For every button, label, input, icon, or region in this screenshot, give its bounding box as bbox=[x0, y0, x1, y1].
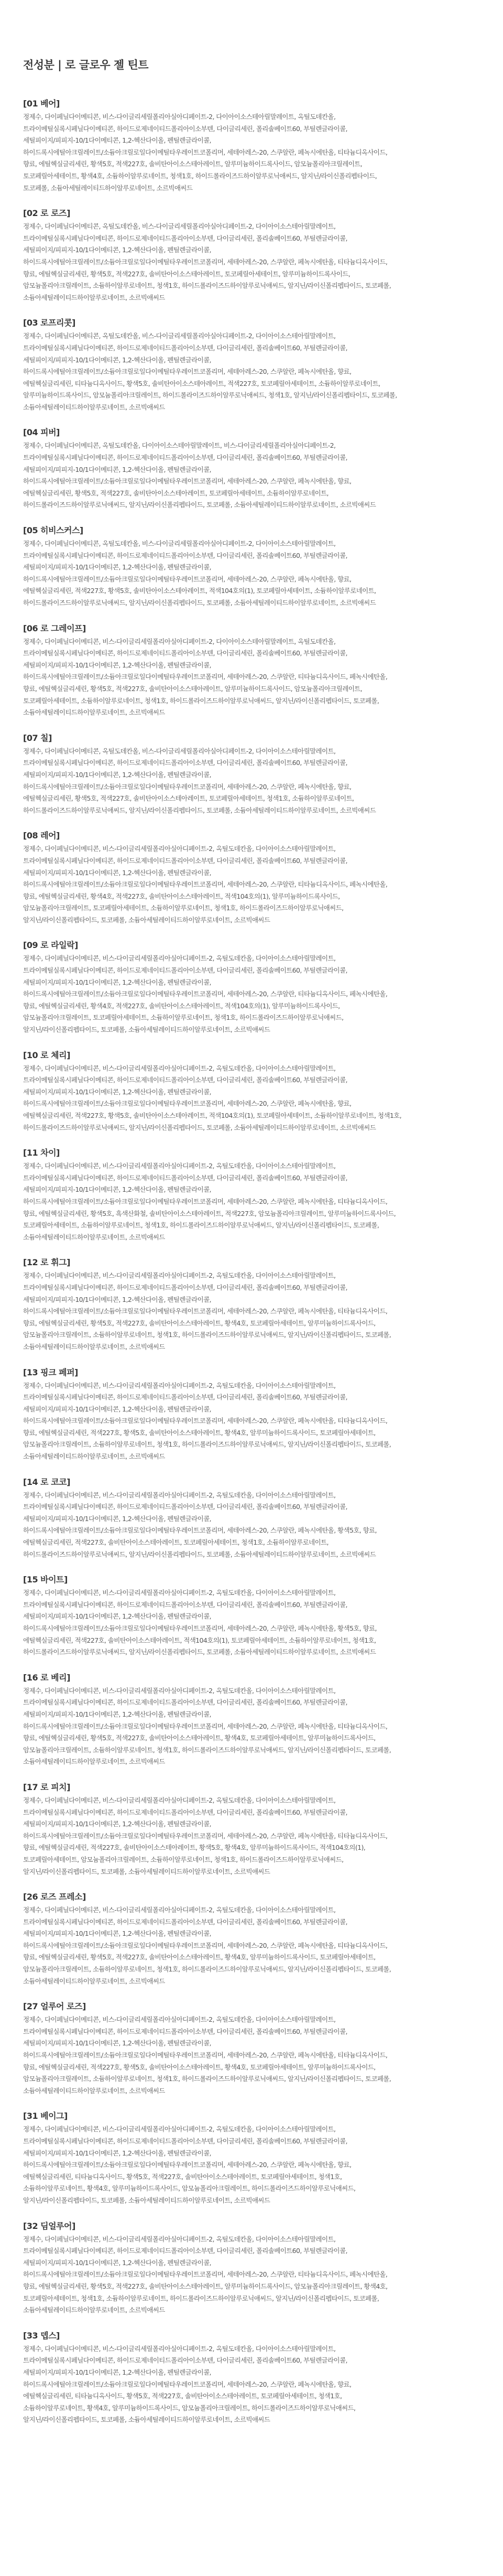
ingredient-line: 정제수, 다이페닐다이메티콘, 비스-다이글리세릴폴리아실아디페이트-2, 옥틸… bbox=[23, 1795, 480, 1807]
ingredient-line: 정제수, 다이페닐다이메티콘, 비스-다이글리세릴폴리아실아디페이트-2, 옥틸… bbox=[23, 1904, 480, 1916]
ingredient-line: 트라이메틸실록시페닐다이메티콘, 하이드로제네이티드폴리아이소부텐, 다이글리세… bbox=[23, 1282, 480, 1294]
ingredient-line: 정제수, 다이페닐다이메티콘, 비스-다이글리세릴폴리아실아디페이트-2, 옥틸… bbox=[23, 1490, 480, 1502]
ingredient-line: 세틸피이지/피피지-10/1다이메티콘, 1,2-헥산다이올, 펜틸렌글라이콜, bbox=[23, 464, 480, 476]
shade-heading: [27 얼루어 로즈] bbox=[23, 1999, 480, 2014]
ingredient-line: 소듐아세틸레이티드하이알루로네이트, 소르빅애씨드 bbox=[23, 402, 480, 414]
shade-section-16: [16 로 베리] 정제수, 다이페닐다이메티콘, 비스-다이글리세릴폴리아실아… bbox=[23, 1670, 480, 1768]
ingredient-line: 하이드롤라이즈드하이알루로닉애씨드, 알지닌/라이신폴리펩타이드, 토코페롤, … bbox=[23, 1646, 480, 1658]
ingredient-line: 향료, 에틸헥실글리세린, 황색4호, 적색227호, 솔비탄아이소스테아레이트… bbox=[23, 891, 480, 903]
shade-heading: [11 차이] bbox=[23, 1146, 480, 1160]
ingredient-list: 정제수, 다이페닐다이메티콘, 옥틸도데칸올, 비스-다이글리세릴폴리아실아디페… bbox=[23, 746, 480, 817]
ingredient-line: 에틸헥실글리세린, 티타늄디옥사이드, 황색5호, 솔비탄아이소스테아레이트, … bbox=[23, 378, 480, 390]
ingredient-line: 하이드록시에틸아크릴레이트/소듐아크릴로일다이메틸타우레이트코폴리머, 세테아레… bbox=[23, 2159, 480, 2171]
ingredient-line: 세틸피이지/피피지-10/1다이메티콘, 1,2-헥산다이올, 펜틸렌글라이콜, bbox=[23, 867, 480, 879]
ingredient-line: 암모늄폴리아크릴레이트, 소듐하이알루로네이트, 청색1호, 하이드롤라이즈드하… bbox=[23, 1439, 480, 1451]
ingredient-line: 암모늄폴리아크릴레이트, 소듐하이알루로네이트, 청색1호, 하이드롤라이즈드하… bbox=[23, 1744, 480, 1756]
ingredient-list: 정제수, 다이페닐다이메티콘, 비스-다이글리세릴폴리아실아디페이트-2, 옥틸… bbox=[23, 1904, 480, 1987]
ingredient-line: 하이드록시에틸아크릴레이트/소듐아크릴로일다이메틸타우레이트코폴리머, 세테아레… bbox=[23, 671, 480, 683]
shade-section-20: [31 베이그] 정제수, 다이페닐다이메티콘, 비스-다이글리세릴폴리아실아디… bbox=[23, 2109, 480, 2206]
ingredient-line: 트라이메틸실록시페닐다이메티콘, 하이드로제네이티드폴리아이소부텐, 다이글리세… bbox=[23, 1916, 480, 1928]
ingredient-line: 향료, 에틸헥실글리세린, 황색5호, 적색227호, 솔비탄아이소스테아레이트… bbox=[23, 2281, 480, 2293]
ingredient-list: 정제수, 다이페닐다이메티콘, 비스-다이글리세릴폴리아실아디페이트-2, 옥틸… bbox=[23, 1063, 480, 1134]
shade-heading: [09 로 라일락] bbox=[23, 938, 480, 953]
ingredient-line: 하이드록시에틸아크릴레이트/소듐아크릴로일다이메틸타우레이트코폴리머, 세테아레… bbox=[23, 1196, 480, 1208]
ingredient-list: 정제수, 다이페닐다이메티콘, 비스-다이글리세릴폴리아실아디페이트-2, 다이… bbox=[23, 111, 480, 194]
shade-section-17: [17 로 피치] 정제수, 다이페닐다이메티콘, 비스-다이글리세릴폴리아실아… bbox=[23, 1780, 480, 1878]
ingredient-line: 세틸피이지/피피지-10/1다이메티콘, 1,2-헥산다이올, 펜틸렌글라이콜, bbox=[23, 2038, 480, 2050]
ingredient-list: 정제수, 다이페닐다이메티콘, 옥틸도데칸올, 비스-다이글리세릴폴리아실아디페… bbox=[23, 221, 480, 304]
ingredient-line: 하이드록시에틸아크릴레이트/소듐아크릴로일다이메틸타우레이트코폴리머, 세테아레… bbox=[23, 988, 480, 1000]
ingredient-line: 하이드록시에틸아크릴레이트/소듐아크릴로일다이메틸타우레이트코폴리머, 세테아레… bbox=[23, 2379, 480, 2391]
shade-section-08: [08 레어] 정제수, 다이페닐다이메티콘, 비스-다이글리세릴폴리아실아디페… bbox=[23, 828, 480, 926]
ingredient-line: 세틸피이지/피피지-10/1다이메티콘, 1,2-헥산다이올, 펜틸렌글라이콜, bbox=[23, 1928, 480, 1940]
shade-heading: [10 로 체리] bbox=[23, 1048, 480, 1063]
ingredient-line: 정제수, 다이페닐다이메티콘, 비스-다이글리세릴폴리아실아디페이트-2, 다이… bbox=[23, 636, 480, 648]
shade-sections-list: [01 베어] 정제수, 다이페닐다이메티콘, 비스-다이글리세릴폴리아실아디페… bbox=[23, 96, 480, 2426]
shade-section-12: [12 로 휘그] 정제수, 다이페닐다이메티콘, 비스-다이글리세릴폴리아실아… bbox=[23, 1255, 480, 1353]
ingredient-line: 트라이메틸실록시페닐다이메티콘, 하이드로제네이티드폴리아이소부텐, 다이글리세… bbox=[23, 1697, 480, 1709]
ingredient-line: 정제수, 다이페닐다이메티콘, 비스-다이글리세릴폴리아실아디페이트-2, 옥틸… bbox=[23, 1270, 480, 1282]
ingredient-line: 암모늄폴리아크릴레이트, 소듐하이알루로네이트, 청색1호, 하이드롤라이즈드하… bbox=[23, 280, 480, 292]
ingredient-line: 소듐하이알루로네이트, 황색4호, 알루미늄하이드록사이드, 암모늄폴리아크릴레… bbox=[23, 2402, 480, 2415]
ingredient-line: 알지닌/라이신폴리펩타이드, 토코페롤, 소듐아세틸레이티드하이알루로네이트, … bbox=[23, 2414, 480, 2426]
ingredient-list: 정제수, 다이페닐다이메티콘, 옥틸도데칸올, 비스-다이글리세릴폴리아실아디페… bbox=[23, 538, 480, 609]
ingredient-list: 정제수, 다이페닐다이메티콘, 비스-다이글리세릴폴리아실아디페이트-2, 옥틸… bbox=[23, 1685, 480, 1768]
ingredient-line: 트라이메틸실록시페닐다이메티콘, 하이드로제네이티드폴리아이소부텐, 다이글리세… bbox=[23, 1074, 480, 1086]
ingredient-line: 트라이메틸실록시페닐다이메티콘, 하이드로제네이티드폴리아이소부텐, 다이글리세… bbox=[23, 757, 480, 769]
ingredient-line: 향료, 에틸헥실글리세린, 황색5호, 흑색산화철, 솔비탄아이소스테아레이트,… bbox=[23, 1208, 480, 1220]
ingredient-list: 정제수, 다이페닐다이메티콘, 비스-다이글리세릴폴리아실아디페이트-2, 옥틸… bbox=[23, 1795, 480, 1878]
ingredient-list: 정제수, 다이페닐다이메티콘, 비스-다이글리세릴폴리아실아디페이트-2, 옥틸… bbox=[23, 2124, 480, 2206]
ingredient-line: 세틸피이지/피피지-10/1다이메티콘, 1,2-헥산다이올, 펜틸렌글라이콜, bbox=[23, 1184, 480, 1196]
ingredient-list: 정제수, 다이페닐다이메티콘, 옥틸도데칸올, 다이아이소스테아릴말레이트, 비… bbox=[23, 440, 480, 511]
ingredient-line: 향료, 에틸헥실글리세린, 적색227호, 황색5호, 솔비탄아이소스테아레이트… bbox=[23, 1427, 480, 1439]
shade-heading: [15 바이트] bbox=[23, 1572, 480, 1587]
ingredient-list: 정제수, 다이페닐다이메티콘, 비스-다이글리세릴폴리아실아디페이트-2, 옥틸… bbox=[23, 2343, 480, 2426]
ingredient-line: 하이드록시에틸아크릴레이트/소듐아크릴로일다이메틸타우레이트코폴리머, 세테아레… bbox=[23, 1830, 480, 1842]
ingredient-line: 세틸피이지/피피지-10/1다이메티콘, 1,2-헥산다이올, 펜틸렌글라이콜, bbox=[23, 2148, 480, 2160]
ingredient-line: 토코페릴아세테이트, 황색4호, 소듐하이알루로네이트, 청색1호, 하이드롤라… bbox=[23, 170, 480, 182]
ingredient-line: 하이드록시에틸아크릴레이트/소듐아크릴로일다이메틸타우레이트코폴리머, 세테아레… bbox=[23, 1306, 480, 1318]
ingredient-line: 에틸헥실글리세린, 황색5호, 적색227호, 솔비탄아이소스테아레이트, 토코… bbox=[23, 793, 480, 805]
ingredient-line: 하이드록시에틸아크릴레이트/소듐아크릴로일다이메틸타우레이트코폴리머, 세테아레… bbox=[23, 1623, 480, 1635]
ingredient-line: 정제수, 다이페닐다이메티콘, 비스-다이글리세릴폴리아실아디페이트-2, 옥틸… bbox=[23, 2234, 480, 2246]
shade-section-18: [26 로즈 프레소] 정제수, 다이페닐다이메티콘, 비스-다이글리세릴폴리아… bbox=[23, 1890, 480, 1987]
ingredient-line: 향료, 에틸헥실글리세린, 황색5호, 적색227호, 솔비탄아이소스테아레이트… bbox=[23, 1952, 480, 1964]
shade-section-01: [01 베어] 정제수, 다이페닐다이메티콘, 비스-다이글리세릴폴리아실아디페… bbox=[23, 96, 480, 194]
ingredient-line: 하이드록시에틸아크릴레이트/소듐아크릴로일다이메틸타우레이트코폴리머, 세테아레… bbox=[23, 256, 480, 268]
shade-section-19: [27 얼루어 로즈] 정제수, 다이페닐다이메티콘, 비스-다이글리세릴폴리아… bbox=[23, 1999, 480, 2097]
ingredient-line: 토코페릴아세테이트, 암모늄폴리아크릴레이트, 소듐하이알루로네이트, 청색1호… bbox=[23, 1854, 480, 1866]
ingredient-line: 향료, 에틸헥실글리세린, 황색5호, 적색227호, 솔비탄아이소스테아레이트… bbox=[23, 683, 480, 695]
ingredient-line: 트라이메틸실록시페닐다이메티콘, 하이드로제네이티드폴리아이소부텐, 다이글리세… bbox=[23, 1172, 480, 1184]
ingredient-line: 에틸헥실글리세린, 적색227호, 솔비탄아이소스테아레이트, 적색104호의(… bbox=[23, 1635, 480, 1647]
ingredient-line: 세틸피이지/피피지-10/1다이메티콘, 1,2-헥산다이올, 펜틸렌글라이콜, bbox=[23, 1086, 480, 1098]
ingredient-line: 암모늄폴리아크릴레이트, 토코페릴아세테이트, 소듐하이알루로네이트, 청색1호… bbox=[23, 1012, 480, 1024]
ingredient-line: 에틸헥실글리세린, 황색5호, 적색227호, 솔비탄아이소스테아레이트, 토코… bbox=[23, 488, 480, 500]
ingredient-line: 정제수, 다이페닐다이메티콘, 비스-다이글리세릴폴리아실아디페이트-2, 옥틸… bbox=[23, 1587, 480, 1599]
ingredient-line: 트라이메틸실록시페닐다이메티콘, 하이드로제네이티드폴리아이소부텐, 다이글리세… bbox=[23, 452, 480, 464]
shade-heading: [01 베어] bbox=[23, 96, 480, 111]
ingredient-line: 트라이메틸실록시페닐다이메티콘, 하이드로제네이티드폴리아이소부텐, 다이글리세… bbox=[23, 2026, 480, 2038]
ingredient-line: 세틸피이지/피피지-10/1다이메티콘, 1,2-헥산다이올, 펜틸렌글라이콜, bbox=[23, 135, 480, 147]
ingredient-line: 하이드록시에틸아크릴레이트/소듐아크릴로일다이메틸타우레이트코폴리머, 세테아레… bbox=[23, 1721, 480, 1733]
ingredient-line: 트라이메틸실록시페닐다이메티콘, 하이드로제네이티드폴리아이소부텐, 다이글리세… bbox=[23, 123, 480, 135]
ingredient-line: 트라이메틸실록시페닐다이메티콘, 하이드로제네이티드폴리아이소부텐, 다이글리세… bbox=[23, 1599, 480, 1611]
ingredient-line: 세틸피이지/피피지-10/1다이메티콘, 1,2-헥산다이올, 펜틸렌글라이콜, bbox=[23, 977, 480, 989]
ingredient-line: 하이드록시에틸아크릴레이트/소듐아크릴로일다이메틸타우레이트코폴리머, 세테아레… bbox=[23, 147, 480, 159]
ingredient-line: 정제수, 다이페닐다이메티콘, 비스-다이글리세릴폴리아실아디페이트-2, 옥틸… bbox=[23, 1063, 480, 1075]
ingredient-line: 정제수, 다이페닐다이메티콘, 옥틸도데칸올, 비스-다이글리세릴폴리아실아디페… bbox=[23, 746, 480, 758]
ingredient-line: 하이드록시에틸아크릴레이트/소듐아크릴로일다이메틸타우레이트코폴리머, 세테아레… bbox=[23, 1098, 480, 1110]
ingredient-line: 트라이메틸실록시페닐다이메티콘, 하이드로제네이티드폴리아이소부텐, 다이글리세… bbox=[23, 2245, 480, 2257]
ingredient-line: 세틸피이지/피피지-10/1다이메티콘, 1,2-헥산다이올, 펜틸렌글라이콜, bbox=[23, 660, 480, 672]
shade-section-04: [04 피버] 정제수, 다이페닐다이메티콘, 옥틸도데칸올, 다이아이소스테아… bbox=[23, 425, 480, 511]
ingredient-list: 정제수, 다이페닐다이메티콘, 비스-다이글리세릴폴리아실아디페이트-2, 다이… bbox=[23, 636, 480, 719]
ingredient-line: 트라이메틸실록시페닐다이메티콘, 하이드로제네이티드폴리아이소부텐, 다이글리세… bbox=[23, 1807, 480, 1819]
shade-heading: [26 로즈 프레소] bbox=[23, 1890, 480, 1904]
ingredient-line: 정제수, 다이페닐다이메티콘, 옥틸도데칸올, 다이아이소스테아릴말레이트, 비… bbox=[23, 440, 480, 452]
ingredient-line: 정제수, 다이페닐다이메티콘, 비스-다이글리세릴폴리아실아디페이트-2, 옥틸… bbox=[23, 2014, 480, 2026]
ingredient-line: 향료, 에틸헥실글리세린, 황색5호, 적색227호, 솔비탄아이소스테아레이트… bbox=[23, 1732, 480, 1744]
shade-section-05: [05 히비스커스] 정제수, 다이페닐다이메티콘, 옥틸도데칸올, 비스-다이… bbox=[23, 523, 480, 609]
ingredient-line: 세틸피이지/피피지-10/1다이메티콘, 1,2-헥산다이올, 펜틸렌글라이콜, bbox=[23, 2257, 480, 2269]
ingredient-line: 소듐아세틸레이티드하이알루로네이트, 소르빅애씨드 bbox=[23, 707, 480, 719]
ingredient-line: 하이드록시에틸아크릴레이트/소듐아크릴로일다이메틸타우레이트코폴리머, 세테아레… bbox=[23, 781, 480, 793]
ingredient-list: 정제수, 다이페닐다이메티콘, 비스-다이글리세릴폴리아실아디페이트-2, 옥틸… bbox=[23, 1270, 480, 1353]
shade-section-13: [13 핑크 페퍼] 정제수, 다이페닐다이메티콘, 비스-다이글리세릴폴리아실… bbox=[23, 1365, 480, 1463]
ingredient-line: 정제수, 다이페닐다이메티콘, 비스-다이글리세릴폴리아실아디페이트-2, 다이… bbox=[23, 111, 480, 123]
ingredient-line: 하이드롤라이즈드하이알루로닉애씨드, 알지닌/라이신폴리펩타이드, 토코페롤, … bbox=[23, 805, 480, 817]
ingredient-line: 정제수, 다이페닐다이메티콘, 비스-다이글리세릴폴리아실아디페이트-2, 옥틸… bbox=[23, 2124, 480, 2136]
ingredient-line: 소듐아세틸레이티드하이알루로네이트, 소르빅애씨드 bbox=[23, 2085, 480, 2097]
shade-section-09: [09 로 라일락] 정제수, 다이페닐다이메티콘, 비스-다이글리세릴폴리아실… bbox=[23, 938, 480, 1036]
ingredient-line: 세틸피이지/피피지-10/1다이메티콘, 1,2-헥산다이올, 펜틸렌글라이콜, bbox=[23, 2367, 480, 2379]
shade-section-21: [32 딤얼루어] 정제수, 다이페닐다이메티콘, 비스-다이글리세릴폴리아실아… bbox=[23, 2219, 480, 2316]
shade-heading: [17 로 피치] bbox=[23, 1780, 480, 1795]
ingredient-line: 알지닌/라이신폴리펩타이드, 토코페롤, 소듐아세틸레이티드하이알루로네이트, … bbox=[23, 1024, 480, 1036]
ingredient-line: 암모늄폴리아크릴레이트, 소듐하이알루로네이트, 청색1호, 하이드롤라이즈드하… bbox=[23, 2073, 480, 2085]
ingredient-line: 하이드록시에틸아크릴레이트/소듐아크릴로일다이메틸타우레이트코폴리머, 세테아레… bbox=[23, 2050, 480, 2062]
ingredient-line: 세틸피이지/피피지-10/1다이메티콘, 1,2-헥산다이올, 펜틸렌글라이콜, bbox=[23, 354, 480, 367]
page-title: 전성분 | 로 글로우 젤 틴트 bbox=[23, 57, 480, 73]
ingredient-list: 정제수, 다이페닐다이메티콘, 비스-다이글리세릴폴리아실아디페이트-2, 옥틸… bbox=[23, 843, 480, 926]
ingredient-line: 트라이메틸실록시페닐다이메티콘, 하이드로제네이티드폴리아이소부텐, 다이글리세… bbox=[23, 855, 480, 867]
ingredient-line: 트라이메틸실록시페닐다이메티콘, 하이드로제네이티드폴리아이소부텐, 다이글리세… bbox=[23, 1501, 480, 1513]
ingredient-line: 토코페릴아세테이트, 소듐하이알루로네이트, 청색1호, 하이드롤라이즈드하이알… bbox=[23, 1220, 480, 1232]
shade-section-06: [06 로 그레이프] 정제수, 다이페닐다이메티콘, 비스-다이글리세릴폴리아… bbox=[23, 621, 480, 719]
ingredient-line: 정제수, 다이페닐다이메티콘, 비스-다이글리세릴폴리아실아디페이트-2, 옥틸… bbox=[23, 1380, 480, 1392]
ingredient-line: 정제수, 다이페닐다이메티콘, 옥틸도데칸올, 비스-다이글리세릴폴리아실아디페… bbox=[23, 330, 480, 342]
ingredient-line: 소듐아세틸레이티드하이알루로네이트, 소르빅애씨드 bbox=[23, 1756, 480, 1768]
shade-heading: [14 로 코코] bbox=[23, 1475, 480, 1490]
ingredient-line: 트라이메틸실록시페닐다이메티콘, 하이드로제네이티드폴리아이소부텐, 다이글리세… bbox=[23, 2355, 480, 2367]
ingredient-line: 소듐아세틸레이티드하이알루로네이트, 소르빅애씨드 bbox=[23, 1976, 480, 1988]
shade-heading: [13 핑크 페퍼] bbox=[23, 1365, 480, 1380]
shade-heading: [08 레어] bbox=[23, 828, 480, 843]
ingredient-line: 알지닌/라이신폴리펩타이드, 토코페롤, 소듐아세틸레이티드하이알루로네이트, … bbox=[23, 1866, 480, 1878]
ingredient-line: 트라이메틸실록시페닐다이메티콘, 하이드로제네이티드폴리아이소부텐, 다이글리세… bbox=[23, 965, 480, 977]
shade-heading: [06 로 그레이프] bbox=[23, 621, 480, 636]
shade-section-22: [33 뎁스] 정제수, 다이페닐다이메티콘, 비스-다이글리세릴폴리아실아디페… bbox=[23, 2329, 480, 2426]
ingredient-line: 세틸피이지/피피지-10/1다이메티콘, 1,2-헥산다이올, 펜틸렌글라이콜, bbox=[23, 769, 480, 781]
ingredient-line: 에틸헥실글리세린, 적색227호, 황색5호, 솔비탄아이소스테아레이트, 적색… bbox=[23, 1110, 480, 1122]
shade-section-10: [10 로 체리] 정제수, 다이페닐다이메티콘, 비스-다이글리세릴폴리아실아… bbox=[23, 1048, 480, 1134]
ingredient-line: 향료, 에틸헥실글리세린, 황색5호, 적색227호, 솔비탄아이소스테아레이트… bbox=[23, 1318, 480, 1330]
ingredient-list: 정제수, 다이페닐다이메티콘, 비스-다이글리세릴폴리아실아디페이트-2, 옥틸… bbox=[23, 2014, 480, 2097]
ingredient-line: 알지닌/라이신폴리펩타이드, 토코페롤, 소듐아세틸레이티드하이알루로네이트, … bbox=[23, 2195, 480, 2207]
ingredient-line: 에틸헥실글리세린, 티타늄디옥사이드, 황색5호, 적색227호, 솔비탄아이소… bbox=[23, 2171, 480, 2183]
ingredient-line: 알지닌/라이신폴리펩타이드, 토코페롤, 소듐아세틸레이티드하이알루로네이트, … bbox=[23, 914, 480, 926]
ingredient-line: 암모늄폴리아크릴레이트, 소듐하이알루로네이트, 청색1호, 하이드롤라이즈드하… bbox=[23, 1329, 480, 1341]
ingredient-list: 정제수, 다이페닐다이메티콘, 비스-다이글리세릴폴리아실아디페이트-2, 옥틸… bbox=[23, 1490, 480, 1561]
shade-heading: [12 로 휘그] bbox=[23, 1255, 480, 1270]
ingredient-line: 세틸피이지/피피지-10/1다이메티콘, 1,2-헥산다이올, 펜틸렌글라이콜, bbox=[23, 1709, 480, 1721]
ingredient-line: 정제수, 다이페닐다이메티콘, 비스-다이글리세릴폴리아실아디페이트-2, 옥틸… bbox=[23, 843, 480, 855]
ingredient-line: 향료, 에틸헥실글리세린, 황색5호, 적색227호, 솔비탄아이소스테아레이트… bbox=[23, 268, 480, 281]
ingredient-line: 트라이메틸실록시페닐다이메티콘, 하이드로제네이티드폴리아이소부텐, 다이글리세… bbox=[23, 2136, 480, 2148]
shade-heading: [33 뎁스] bbox=[23, 2329, 480, 2343]
ingredient-line: 암모늄폴리아크릴레이트, 토코페릴아세테이트, 소듐하이알루로네이트, 청색1호… bbox=[23, 902, 480, 914]
ingredient-line: 세틸피이지/피피지-10/1다이메티콘, 1,2-헥산다이올, 펜틸렌글라이콜, bbox=[23, 1294, 480, 1306]
ingredient-line: 트라이메틸실록시페닐다이메티콘, 하이드로제네이티드폴리아이소부텐, 다이글리세… bbox=[23, 550, 480, 562]
ingredient-line: 하이드록시에틸아크릴레이트/소듐아크릴로일다이메틸타우레이트코폴리머, 세테아레… bbox=[23, 1415, 480, 1427]
shade-heading: [31 베이그] bbox=[23, 2109, 480, 2124]
ingredient-line: 세틸피이지/피피지-10/1다이메티콘, 1,2-헥산다이올, 펜틸렌글라이콜, bbox=[23, 1404, 480, 1416]
ingredient-line: 정제수, 다이페닐다이메티콘, 비스-다이글리세릴폴리아실아디페이트-2, 옥틸… bbox=[23, 1685, 480, 1697]
ingredient-line: 소듐하이알루로네이트, 황색4호, 알루미늄하이드록사이드, 암모늄폴리아크릴레… bbox=[23, 2183, 480, 2195]
ingredient-line: 하이드록시에틸아크릴레이트/소듐아크릴로일다이메틸타우레이트코폴리머, 세테아레… bbox=[23, 1525, 480, 1537]
shade-section-11: [11 차이] 정제수, 다이페닐다이메티콘, 비스-다이글리세릴폴리아실아디페… bbox=[23, 1146, 480, 1243]
shade-section-03: [03 로프리콧] 정제수, 다이페닐다이메티콘, 옥틸도데칸올, 비스-다이글… bbox=[23, 316, 480, 413]
shade-heading: [16 로 베리] bbox=[23, 1670, 480, 1685]
shade-heading: [03 로프리콧] bbox=[23, 316, 480, 330]
ingredient-line: 하이드록시에틸아크릴레이트/소듐아크릴로일다이메틸타우레이트코폴리머, 세테아레… bbox=[23, 2269, 480, 2281]
ingredient-line: 토코페롤, 소듐아세틸레이티드하이알루로네이트, 소르빅애씨드 bbox=[23, 182, 480, 195]
shade-heading: [02 로 로즈] bbox=[23, 206, 480, 221]
ingredient-line: 알루미늄하이드록사이드, 암모늄폴리아크릴레이트, 하이드롤라이즈드하이알루로닉… bbox=[23, 390, 480, 402]
ingredient-list: 정제수, 다이페닐다이메티콘, 비스-다이글리세릴폴리아실아디페이트-2, 옥틸… bbox=[23, 1380, 480, 1463]
ingredient-line: 세틸피이지/피피지-10/1다이메티콘, 1,2-헥산다이올, 펜틸렌글라이콜, bbox=[23, 562, 480, 574]
ingredient-line: 향료, 에틸헥실글리세린, 황색5호, 적색227호, 솔비탄아이소스테아레이트… bbox=[23, 158, 480, 170]
ingredient-line: 하이드롤라이즈드하이알루로닉애씨드, 알지닌/라이신폴리펩타이드, 토코페롤, … bbox=[23, 1549, 480, 1561]
ingredient-line: 정제수, 다이페닐다이메티콘, 옥틸도데칸올, 비스-다이글리세릴폴리아실아디페… bbox=[23, 538, 480, 550]
ingredient-line: 소듐아세틸레이티드하이알루로네이트, 소르빅애씨드 bbox=[23, 1341, 480, 1353]
ingredient-line: 하이드록시에틸아크릴레이트/소듐아크릴로일다이메틸타우레이트코폴리머, 세테아레… bbox=[23, 366, 480, 378]
ingredient-line: 향료, 에틸헥실글리세린, 적색227호, 솔비탄아이소스테아레이트, 황색5호… bbox=[23, 1842, 480, 1854]
ingredient-line: 소듐아세틸레이티드하이알루로네이트, 소르빅애씨드 bbox=[23, 1451, 480, 1463]
ingredient-line: 하이드롤라이즈드하이알루로닉애씨드, 알지닌/라이신폴리펩타이드, 토코페롤, … bbox=[23, 499, 480, 511]
ingredient-line: 정제수, 다이페닐다이메티콘, 비스-다이글리세릴폴리아실아디페이트-2, 옥틸… bbox=[23, 1160, 480, 1172]
shade-heading: [07 칠] bbox=[23, 731, 480, 746]
ingredient-line: 정제수, 다이페닐다이메티콘, 옥틸도데칸올, 비스-다이글리세릴폴리아실아디페… bbox=[23, 221, 480, 233]
ingredient-line: 소듐아세틸레이티드하이알루로네이트, 소르빅애씨드 bbox=[23, 292, 480, 304]
ingredient-list: 정제수, 다이페닐다이메티콘, 비스-다이글리세릴폴리아실아디페이트-2, 옥틸… bbox=[23, 1587, 480, 1658]
ingredient-line: 정제수, 다이페닐다이메티콘, 비스-다이글리세릴폴리아실아디페이트-2, 옥틸… bbox=[23, 953, 480, 965]
ingredient-line: 하이드록시에틸아크릴레이트/소듐아크릴로일다이메틸타우레이트코폴리머, 세테아레… bbox=[23, 574, 480, 586]
ingredient-line: 에틸헥실글리세린, 적색227호, 황색5호, 솔비탄아이소스테아레이트, 적색… bbox=[23, 585, 480, 597]
ingredient-line: 세틸피이지/피피지-10/1다이메티콘, 1,2-헥산다이올, 펜틸렌글라이콜, bbox=[23, 1818, 480, 1830]
ingredient-line: 하이드록시에틸아크릴레이트/소듐아크릴로일다이메틸타우레이트코폴리머, 세테아레… bbox=[23, 476, 480, 488]
ingredient-line: 향료, 에틸헥실글리세린, 황색4호, 적색227호, 솔비탄아이소스테아레이트… bbox=[23, 1000, 480, 1012]
ingredient-line: 하이드록시에틸아크릴레이트/소듐아크릴로일다이메틸타우레이트코폴리머, 세테아레… bbox=[23, 1940, 480, 1952]
ingredient-line: 트라이메틸실록시페닐다이메티콘, 하이드로제네이티드폴리아이소부텐, 다이글리세… bbox=[23, 233, 480, 245]
ingredient-list: 정제수, 다이페닐다이메티콘, 비스-다이글리세릴폴리아실아디페이트-2, 옥틸… bbox=[23, 2234, 480, 2316]
shade-section-15: [15 바이트] 정제수, 다이페닐다이메티콘, 비스-다이글리세릴폴리아실아디… bbox=[23, 1572, 480, 1658]
ingredient-line: 세틸피이지/피피지-10/1다이메티콘, 1,2-헥산다이올, 펜틸렌글라이콜, bbox=[23, 244, 480, 256]
ingredient-line: 하이드롤라이즈드하이알루로닉애씨드, 알지닌/라이신폴리펩타이드, 토코페롤, … bbox=[23, 597, 480, 609]
ingredient-line: 트라이메틸실록시페닐다이메티콘, 하이드로제네이티드폴리아이소부텐, 다이글리세… bbox=[23, 1392, 480, 1404]
ingredient-line: 에틸헥실글리세린, 티타늄디옥사이드, 황색5호, 적색227호, 솔비탄아이소… bbox=[23, 2390, 480, 2402]
ingredient-list: 정제수, 다이페닐다이메티콘, 비스-다이글리세릴폴리아실아디페이트-2, 옥틸… bbox=[23, 1160, 480, 1243]
ingredient-line: 암모늄폴리아크릴레이트, 소듐하이알루로네이트, 청색1호, 하이드롤라이즈드하… bbox=[23, 1964, 480, 1976]
ingredient-line: 에틸헥실글리세린, 적색227호, 솔비탄아이소스테아레이트, 토코페릴아세테이… bbox=[23, 1537, 480, 1549]
ingredient-line: 세틸피이지/피피지-10/1다이메티콘, 1,2-헥산다이올, 펜틸렌글라이콜, bbox=[23, 1513, 480, 1525]
ingredient-line: 토코페릴아세테이트, 소듐하이알루로네이트, 청색1호, 하이드롤라이즈드하이알… bbox=[23, 695, 480, 707]
ingredient-line: 하이드롤라이즈드하이알루로닉애씨드, 알지닌/라이신폴리펩타이드, 토코페롤, … bbox=[23, 1122, 480, 1134]
ingredient-line: 세틸피이지/피피지-10/1다이메티콘, 1,2-헥산다이올, 펜틸렌글라이콜, bbox=[23, 1611, 480, 1623]
shade-heading: [05 히비스커스] bbox=[23, 523, 480, 538]
ingredient-line: 트라이메틸실록시페닐다이메티콘, 하이드로제네이티드폴리아이소부텐, 다이글리세… bbox=[23, 648, 480, 660]
shade-heading: [04 피버] bbox=[23, 425, 480, 440]
ingredient-line: 하이드록시에틸아크릴레이트/소듐아크릴로일다이메틸타우레이트코폴리머, 세테아레… bbox=[23, 879, 480, 891]
ingredient-line: 트라이메틸실록시페닐다이메티콘, 하이드로제네이티드폴리아이소부텐, 다이글리세… bbox=[23, 342, 480, 354]
ingredient-line: 향료, 에틸헥실글리세린, 적색227호, 황색5호, 솔비탄아이소스테아레이트… bbox=[23, 2062, 480, 2074]
ingredients-document: 전성분 | 로 글로우 젤 틴트 [01 베어] 정제수, 다이페닐다이메티콘,… bbox=[0, 0, 503, 2426]
ingredient-list: 정제수, 다이페닐다이메티콘, 옥틸도데칸올, 비스-다이글리세릴폴리아실아디페… bbox=[23, 330, 480, 413]
shade-heading: [32 딤얼루어] bbox=[23, 2219, 480, 2234]
shade-section-02: [02 로 로즈] 정제수, 다이페닐다이메티콘, 옥틸도데칸올, 비스-다이글… bbox=[23, 206, 480, 304]
ingredient-line: 정제수, 다이페닐다이메티콘, 비스-다이글리세릴폴리아실아디페이트-2, 옥틸… bbox=[23, 2343, 480, 2355]
ingredient-line: 소듐아세틸레이티드하이알루로네이트, 소르빅애씨드 bbox=[23, 1232, 480, 1244]
ingredient-line: 토코페릴아세테이트, 청색1호, 소듐하이알루로네이트, 하이드롤라이즈드하이알… bbox=[23, 2293, 480, 2305]
shade-section-14: [14 로 코코] 정제수, 다이페닐다이메티콘, 비스-다이글리세릴폴리아실아… bbox=[23, 1475, 480, 1561]
ingredient-list: 정제수, 다이페닐다이메티콘, 비스-다이글리세릴폴리아실아디페이트-2, 옥틸… bbox=[23, 953, 480, 1036]
ingredient-line: 소듐아세틸레이티드하이알루로네이트, 소르빅애씨드 bbox=[23, 2304, 480, 2316]
shade-section-07: [07 칠] 정제수, 다이페닐다이메티콘, 옥틸도데칸올, 비스-다이글리세릴… bbox=[23, 731, 480, 817]
